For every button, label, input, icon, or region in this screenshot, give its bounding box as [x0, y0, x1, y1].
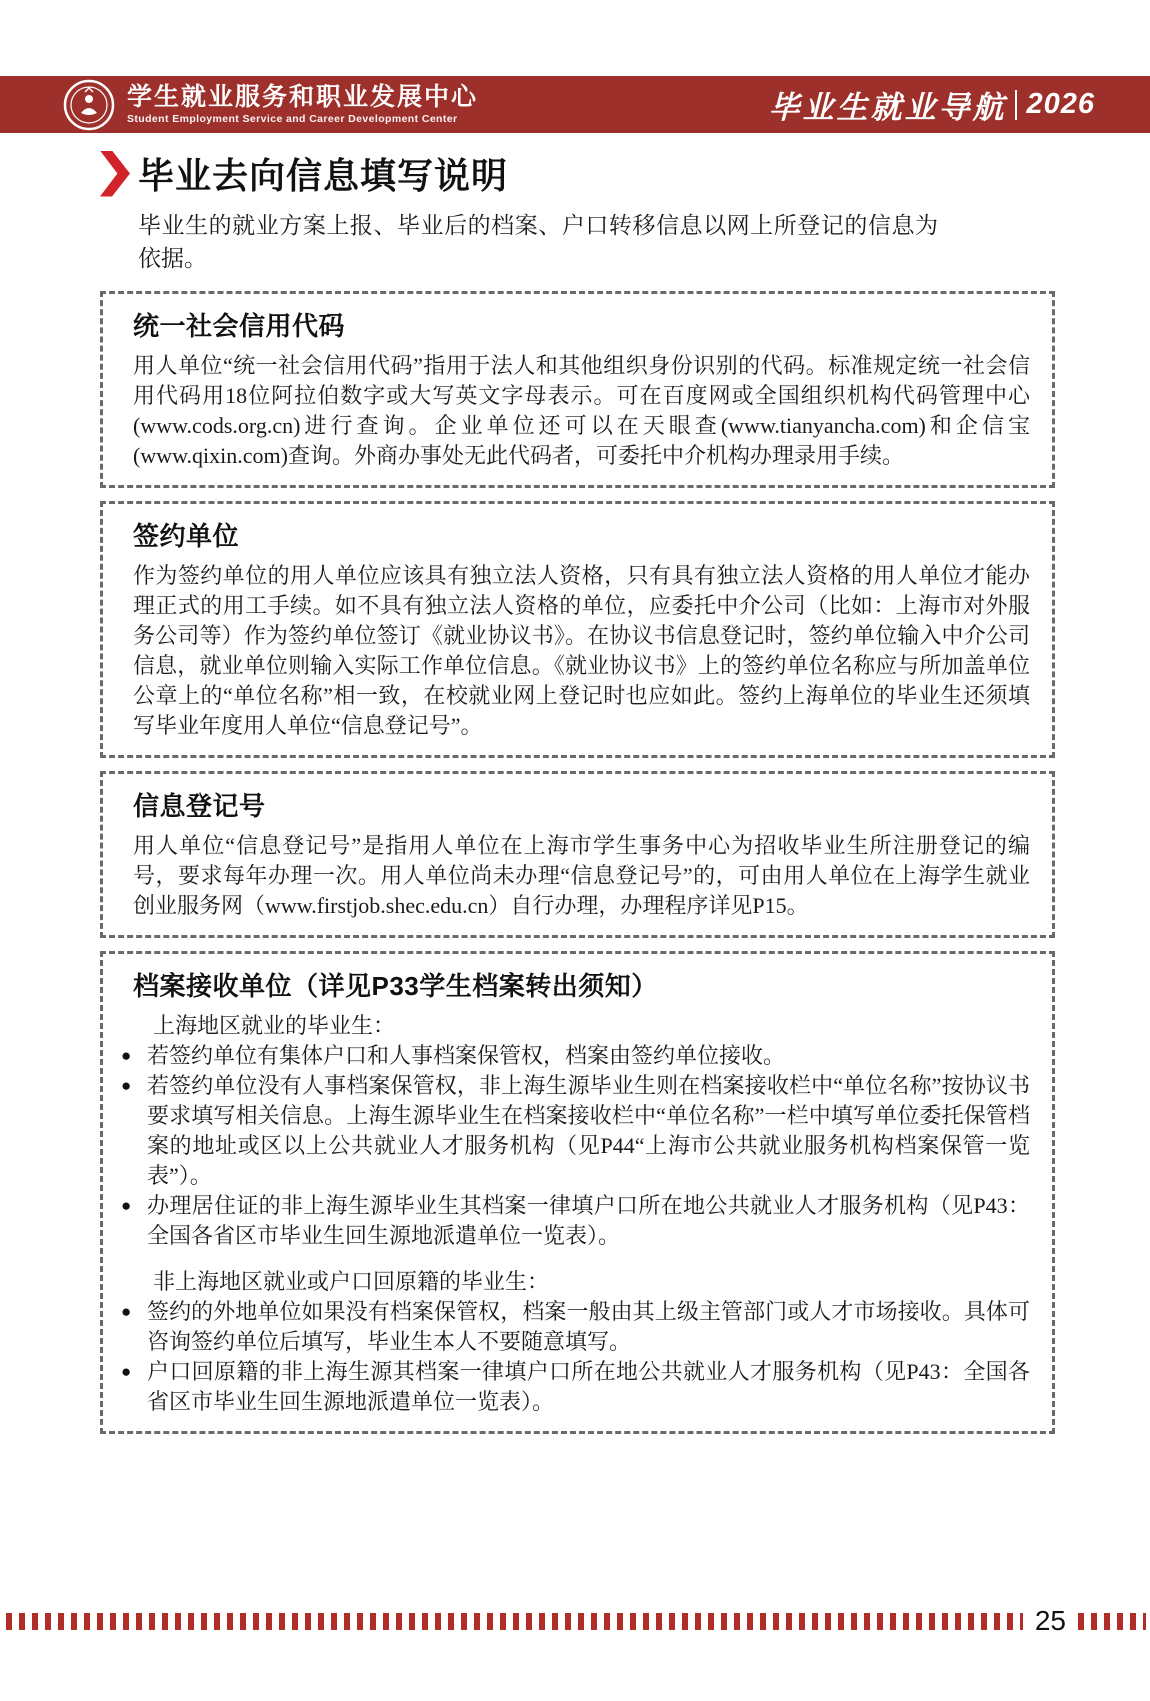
document-page: 学生就业服务和职业发展中心 Student Employment Service… [0, 0, 1150, 1701]
list-item-text: 若签约单位没有人事档案保管权，非上海生源毕业生则在档案接收栏中“单位名称”按协议… [147, 1071, 1030, 1191]
section-contract-employer: 签约单位 作为签约单位的用人单位应该具有独立法人资格，只有具有独立法人资格的用人… [100, 501, 1055, 758]
list-item: ● 签约的外地单位如果没有档案保管权，档案一般由其上级主管部门或人才市场接收。具… [119, 1297, 1030, 1357]
section-title: 统一社会信用代码 [133, 306, 1030, 343]
footer-tick-strip [6, 1613, 1023, 1630]
page-title: 毕业去向信息填写说明 [138, 148, 508, 199]
list-item: ● 若签约单位有集体户口和人事档案保管权，档案由签约单位接收。 [119, 1041, 1030, 1071]
bullet-icon: ● [119, 1191, 147, 1251]
list-item-text: 若签约单位有集体户口和人事档案保管权，档案由签约单位接收。 [147, 1041, 1030, 1071]
center-name-cn: 学生就业服务和职业发展中心 [127, 84, 478, 111]
section-info-registration-number: 信息登记号 用人单位“信息登记号”是指用人单位在上海市学生事务中心为招收毕业生所… [100, 771, 1055, 938]
section-body: 用人单位“信息登记号”是指用人单位在上海市学生事务中心为招收毕业生所注册登记的编… [133, 831, 1030, 921]
list-item-text: 签约的外地单位如果没有档案保管权，档案一般由其上级主管部门或人才市场接收。具体可… [147, 1297, 1030, 1357]
section-title: 信息登记号 [133, 786, 1030, 823]
bullet-icon: ● [119, 1297, 147, 1357]
section-archive-receiving-unit: 档案接收单位（详见P33学生档案转出须知） 上海地区就业的毕业生： ● 若签约单… [100, 951, 1055, 1434]
section-unified-social-credit-code: 统一社会信用代码 用人单位“统一社会信用代码”指用于法人和其他组织身份识别的代码… [100, 291, 1055, 488]
list-item: ● 若签约单位没有人事档案保管权，非上海生源毕业生则在档案接收栏中“单位名称”按… [119, 1071, 1030, 1191]
section-title: 签约单位 [133, 516, 1030, 553]
section-body: 用人单位“统一社会信用代码”指用于法人和其他组织身份识别的代码。标准规定统一社会… [133, 351, 1030, 471]
center-name-en: Student Employment Service and Career De… [127, 113, 478, 125]
chevron-right-icon [100, 151, 130, 197]
list-item: ● 办理居住证的非上海生源毕业生其档案一律填户口所在地公共就业人才服务机构（见P… [119, 1191, 1030, 1251]
university-seal-icon [63, 79, 115, 131]
footer-tick-strip-right [1078, 1613, 1146, 1630]
main-content: 毕业去向信息填写说明 毕业生的就业方案上报、毕业后的档案、户口转移信息以网上所登… [100, 148, 1055, 1447]
header-bar: 学生就业服务和职业发展中心 Student Employment Service… [0, 76, 1150, 133]
guide-year: 2026 [1026, 88, 1095, 121]
header-divider [1015, 90, 1017, 120]
bullet-icon: ● [119, 1041, 147, 1071]
bullet-icon: ● [119, 1071, 147, 1191]
page-number: 25 [1035, 1608, 1066, 1634]
center-name-block: 学生就业服务和职业发展中心 Student Employment Service… [127, 84, 478, 125]
section-title: 档案接收单位（详见P33学生档案转出须知） [133, 966, 1030, 1003]
intro-paragraph: 毕业生的就业方案上报、毕业后的档案、户口转移信息以网上所登记的信息为依据。 [138, 209, 938, 275]
guide-title: 毕业生就业导航 [768, 82, 1006, 127]
list-item-text: 户口回原籍的非上海生源其档案一律填户口所在地公共就业人才服务机构（见P43：全国… [147, 1357, 1030, 1417]
title-row: 毕业去向信息填写说明 [100, 148, 1055, 199]
group-heading-non-shanghai: 非上海地区就业或户口回原籍的毕业生： [153, 1267, 1030, 1297]
section-body: 作为签约单位的用人单位应该具有独立法人资格，只有具有独立法人资格的用人单位才能办… [133, 561, 1030, 741]
footer: 25 [6, 1608, 1146, 1634]
bullet-icon: ● [119, 1357, 147, 1417]
list-item-text: 办理居住证的非上海生源毕业生其档案一律填户口所在地公共就业人才服务机构（见P43… [147, 1191, 1030, 1251]
group-heading-shanghai: 上海地区就业的毕业生： [153, 1011, 1030, 1041]
header-right-title-block: 毕业生就业导航 2026 [768, 82, 1095, 127]
list-item: ● 户口回原籍的非上海生源其档案一律填户口所在地公共就业人才服务机构（见P43：… [119, 1357, 1030, 1417]
